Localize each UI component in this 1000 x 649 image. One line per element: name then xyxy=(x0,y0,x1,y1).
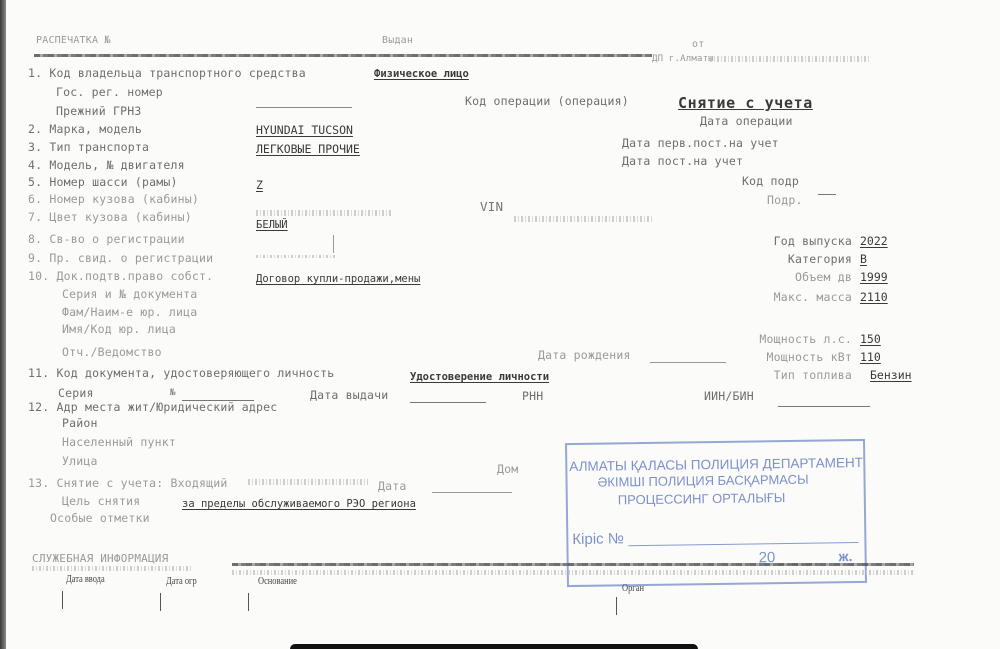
issued-label: Выдан xyxy=(382,34,413,48)
field-1-label: 1. Код владельца транспортного средства xyxy=(28,66,306,80)
overlay-bar xyxy=(290,644,698,649)
field-11-value: Удостоверение личности xyxy=(410,370,549,384)
field-13-label: 13. Снятие с учета: Входящий xyxy=(28,476,227,490)
entry-date-label: Дата ввода xyxy=(66,574,105,585)
field-9-value-faded xyxy=(256,255,336,258)
spec-value: 110 xyxy=(860,350,881,364)
dept-code-label: Код подр xyxy=(742,174,799,188)
spec-value: 1999 xyxy=(860,270,888,284)
spec-value: 2110 xyxy=(860,290,888,304)
field-7-value: БЕЛЫЙ xyxy=(256,218,288,232)
issue-date-label: Дата выдачи xyxy=(310,388,388,402)
dept-line xyxy=(818,194,836,195)
spec-label: Макс. масса xyxy=(774,290,852,304)
field-6-value-faded xyxy=(256,210,391,216)
field-5-value: Z xyxy=(256,178,263,192)
spec-label: Мощность кВт xyxy=(767,350,852,364)
field-13-date-label: Дата xyxy=(378,479,407,493)
rnn-label: РНН xyxy=(522,389,543,403)
service-rule-noise xyxy=(232,570,914,575)
field-11-label: 11. Код документа, удостоверяющего лично… xyxy=(28,366,334,380)
restriction-date-tick xyxy=(160,593,161,611)
field-3-label: 3. Тип транспорта xyxy=(28,140,149,154)
field-10-value: Договор купли-продажи,мены xyxy=(256,272,420,286)
field-12-label: 12. Адр места жит/Юридический адрес xyxy=(28,400,277,414)
stamp-line-1: АЛМАТЫ ҚАЛАСЫ ПОЛИЦИЯ ДЕПАРТАМЕНТ xyxy=(569,455,863,474)
birth-date-label: Дата рождения xyxy=(538,348,631,362)
header-rule xyxy=(34,54,652,57)
surname-label: Фам/Наим-е юр. лица xyxy=(62,305,197,319)
field-9-label: 9. Пр. свид. о регистрации xyxy=(28,251,213,265)
operation-date-label: Дата операции xyxy=(700,114,793,128)
field-3-value: ЛЕГКОВЫЕ ПРОЧИЕ xyxy=(256,142,360,156)
spec-value: B xyxy=(860,252,867,266)
printout-label: РАСПЕЧАТКА № xyxy=(36,34,111,48)
field-5-label: 5. Номер шасси (рамы) xyxy=(28,175,178,189)
field-6-label: 6. Номер кузова (кабины) xyxy=(28,192,199,206)
spec-label: Тип топлива xyxy=(774,368,852,382)
issue-date-line xyxy=(410,402,486,403)
settlement-label: Населенный пункт xyxy=(62,435,176,449)
spec-value: 150 xyxy=(860,332,881,346)
from-label: от xyxy=(692,38,704,52)
series-label: Серия xyxy=(58,386,94,400)
issuer-text: ДП г.Алматы xyxy=(652,52,714,66)
spec-label: Мощность л.с. xyxy=(759,332,852,346)
incoming-number-faded xyxy=(248,479,368,485)
service-title: СЛУЖЕБНАЯ ИНФОРМАЦИЯ xyxy=(32,552,168,566)
reg-date-label: Дата пост.на учет xyxy=(622,154,743,168)
operation-code-label: Код операции (операция) xyxy=(465,94,629,108)
vin-value-faded xyxy=(514,216,654,222)
gov-reg-label: Гос. рег. номер xyxy=(56,85,163,99)
spec-value: Бензин xyxy=(870,368,912,382)
name-label: Имя/Код юр. лица xyxy=(62,322,176,336)
field-8-mark xyxy=(333,235,334,253)
dept-label: Подр. xyxy=(767,193,803,207)
field-2-value: HYUNDAI TUCSON xyxy=(256,123,353,137)
stamp-line-2: ӘКІМШІ ПОЛИЦИЯ БАСҚАРМАСЫ xyxy=(597,472,808,490)
house-label: Дом xyxy=(497,462,518,476)
stamp-entry-line xyxy=(628,542,858,546)
basis-label: Основание xyxy=(258,576,297,587)
field-8-label: 8. Св-во о регистрации xyxy=(28,232,185,246)
service-title-shadow xyxy=(32,566,192,571)
spec-label: Год выпуска xyxy=(774,234,852,248)
birth-date-line xyxy=(650,362,726,363)
issuer-number-faded xyxy=(710,56,870,62)
street-label: Улица xyxy=(62,454,98,468)
field-1-value: Физическое лицо xyxy=(374,67,469,81)
district-label: Район xyxy=(62,416,98,430)
basis-tick xyxy=(248,593,249,611)
field-10-label: 10. Док.подтв.право собст. xyxy=(28,269,213,283)
operation-value: Снятие с учета xyxy=(678,94,813,112)
service-rule xyxy=(232,563,914,566)
scan-edge xyxy=(0,0,6,649)
purpose-label: Цель снятия xyxy=(62,494,140,508)
stamp-year-suffix: ж. xyxy=(839,548,853,564)
field-2-label: 2. Марка, модель xyxy=(28,122,142,136)
entry-date-tick xyxy=(62,591,63,609)
purpose-value: за пределы обслуживаемого РЭО региона xyxy=(182,497,416,511)
spec-label: Категория xyxy=(788,252,852,266)
authority-tick xyxy=(616,597,617,615)
doc-series-label: Серия и № документа xyxy=(62,287,197,301)
field-4-label: 4. Модель, № двигателя xyxy=(28,158,185,172)
iin-line xyxy=(778,406,870,407)
special-notes-label: Особые отметки xyxy=(50,511,150,525)
vin-label: VIN xyxy=(480,200,503,214)
stamp-line-3: ПРОЦЕССИНГ ОРТАЛЫҒЫ xyxy=(618,490,786,507)
spec-label: Объем дв xyxy=(795,270,852,284)
number-label: № xyxy=(170,386,176,400)
first-reg-date-label: Дата перв.пост.на учет xyxy=(622,136,779,150)
prev-grnz-line xyxy=(256,107,352,108)
field-7-label: 7. Цвет кузова (кабины) xyxy=(28,210,192,224)
spec-value: 2022 xyxy=(860,234,888,248)
prev-grnz-label: Прежний ГРНЗ xyxy=(56,104,141,118)
authority-label: Орган xyxy=(622,583,644,594)
iin-label: ИИН/БИН xyxy=(704,389,754,403)
restriction-date-label: Дата огр xyxy=(166,576,197,587)
patronymic-label: Отч./Ведомство xyxy=(62,345,162,359)
stamp-entry-label: Кіріс № xyxy=(572,530,624,548)
field-13-date-line xyxy=(432,492,512,493)
